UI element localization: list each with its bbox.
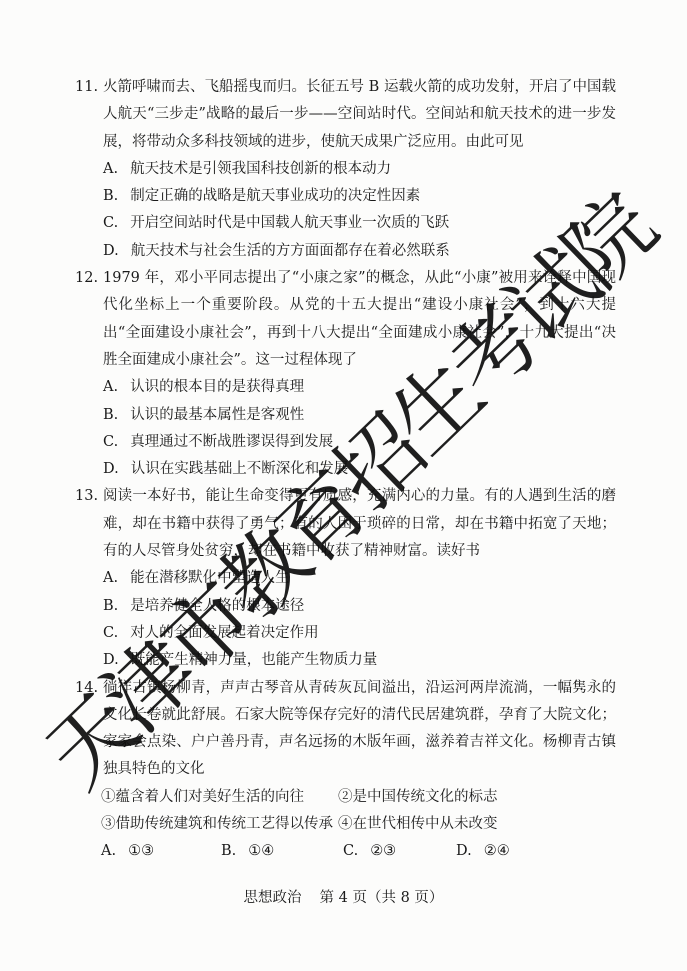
question-11: 11. 火箭呼啸而去、飞船摇曳而归。长征五号 B 运载火箭的成功发射，开启了中国…	[75, 74, 616, 265]
option-label: C.	[103, 620, 118, 647]
choice-label: B.	[221, 838, 236, 865]
question-13-option-b: B. 是培养健全人格的根本途径	[75, 593, 616, 620]
option-label: B.	[103, 593, 118, 620]
question-11-option-c: C. 开启空间站时代是中国载人航天事业一次质的飞跃	[75, 210, 616, 237]
footer-page-info: 第 4 页（共 8 页）	[320, 890, 444, 906]
question-13: 13. 阅读一本好书，能让生命变得更有质感，充满内心的力量。有的人遇到生活的磨难…	[75, 483, 616, 674]
option-label: C.	[103, 210, 118, 237]
option-text: 对人的全面发展起着决定作用	[130, 620, 616, 647]
question-12-stem: 1979 年，邓小平同志提出了“小康之家”的概念，从此“小康”被用来诠释中国现代…	[103, 265, 616, 374]
question-11-option-b: B. 制定正确的战略是航天事业成功的决定性因素	[75, 183, 616, 210]
question-12-option-b: B. 认识的最基本属性是客观性	[75, 402, 616, 429]
statement-4: ④在世代相传中从未改变	[338, 811, 616, 838]
question-14: 14. 徜徉古镇杨柳青，声声古琴音从青砖灰瓦间溢出，沿运河两岸流淌，一幅隽永的文…	[75, 675, 616, 866]
question-14-number: 14.	[75, 675, 103, 784]
option-text: 认识在实践基础上不断深化和发展	[131, 456, 616, 483]
question-14-statements: ①蕴含着人们对美好生活的向往 ②是中国传统文化的标志 ③借助传统建筑和传统工艺得…	[75, 784, 616, 839]
question-14-stem: 徜徉古镇杨柳青，声声古琴音从青砖灰瓦间溢出，沿运河两岸流淌，一幅隽永的文化长卷就…	[103, 675, 616, 784]
choice-a: A. ①③	[101, 838, 221, 865]
questions-area: 11. 火箭呼啸而去、飞船摇曳而归。长征五号 B 运载火箭的成功发射，开启了中国…	[75, 74, 616, 866]
option-label: B.	[103, 183, 118, 210]
choice-text: ②④	[484, 838, 510, 865]
choice-label: A.	[101, 838, 116, 865]
choice-text: ②③	[370, 838, 396, 865]
choice-c: C. ②③	[343, 838, 456, 865]
question-13-option-c: C. 对人的全面发展起着决定作用	[75, 620, 616, 647]
question-13-stem: 阅读一本好书，能让生命变得更有质感，充满内心的力量。有的人遇到生活的磨难，却在书…	[103, 483, 616, 565]
option-text: 开启空间站时代是中国载人航天事业一次质的飞跃	[130, 210, 616, 237]
question-12: 12. 1979 年，邓小平同志提出了“小康之家”的概念，从此“小康”被用来诠释…	[75, 265, 616, 483]
exam-page: 天津市教育招生考试院 11. 火箭呼啸而去、飞船摇曳而归。长征五号 B 运载火箭…	[0, 0, 687, 971]
statement-2: ②是中国传统文化的标志	[338, 784, 616, 811]
question-13-option-a: A. 能在潜移默化中塑造人生	[75, 565, 616, 592]
question-13-option-d: D. 既能产生精神力量，也能产生物质力量	[75, 647, 616, 674]
question-12-option-c: C. 真理通过不断战胜谬误得到发展	[75, 429, 616, 456]
option-text: 真理通过不断战胜谬误得到发展	[130, 429, 616, 456]
choice-text: ①④	[248, 838, 274, 865]
question-12-option-a: A. 认识的根本目的是获得真理	[75, 374, 616, 401]
question-11-option-a: A. 航天技术是引领我国科技创新的根本动力	[75, 156, 616, 183]
choice-label: C.	[343, 838, 358, 865]
option-text: 认识的最基本属性是客观性	[130, 402, 616, 429]
option-text: 航天技术与社会生活的方方面面都存在着必然联系	[131, 238, 616, 265]
question-11-option-d: D. 航天技术与社会生活的方方面面都存在着必然联系	[75, 238, 616, 265]
question-11-stem: 火箭呼啸而去、飞船摇曳而归。长征五号 B 运载火箭的成功发射，开启了中国载人航天…	[103, 74, 616, 156]
option-label: D.	[103, 647, 119, 674]
option-text: 航天技术是引领我国科技创新的根本动力	[130, 156, 616, 183]
option-text: 是培养健全人格的根本途径	[130, 593, 616, 620]
statement-1: ①蕴含着人们对美好生活的向往	[101, 784, 338, 811]
question-12-option-d: D. 认识在实践基础上不断深化和发展	[75, 456, 616, 483]
option-text: 既能产生精神力量，也能产生物质力量	[131, 647, 616, 674]
footer-subject: 思想政治	[244, 890, 302, 906]
option-label: B.	[103, 402, 118, 429]
option-text: 制定正确的战略是航天事业成功的决定性因素	[130, 183, 616, 210]
option-label: A.	[103, 565, 118, 592]
question-13-number: 13.	[75, 483, 103, 565]
question-12-number: 12.	[75, 265, 103, 374]
question-11-number: 11.	[75, 74, 103, 156]
choice-label: D.	[456, 838, 472, 865]
choice-d: D. ②④	[456, 838, 510, 865]
page-footer: 思想政治第 4 页（共 8 页）	[0, 886, 687, 907]
option-label: D.	[103, 238, 119, 265]
option-label: D.	[103, 456, 119, 483]
option-label: C.	[103, 429, 118, 456]
option-text: 能在潜移默化中塑造人生	[130, 565, 616, 592]
statement-3: ③借助传统建筑和传统工艺得以传承	[101, 811, 338, 838]
choice-text: ①③	[128, 838, 154, 865]
choice-b: B. ①④	[221, 838, 343, 865]
option-label: A.	[103, 374, 118, 401]
option-text: 认识的根本目的是获得真理	[130, 374, 616, 401]
question-14-choices-row: A. ①③ B. ①④ C. ②③ D. ②④	[75, 838, 616, 865]
option-label: A.	[103, 156, 118, 183]
